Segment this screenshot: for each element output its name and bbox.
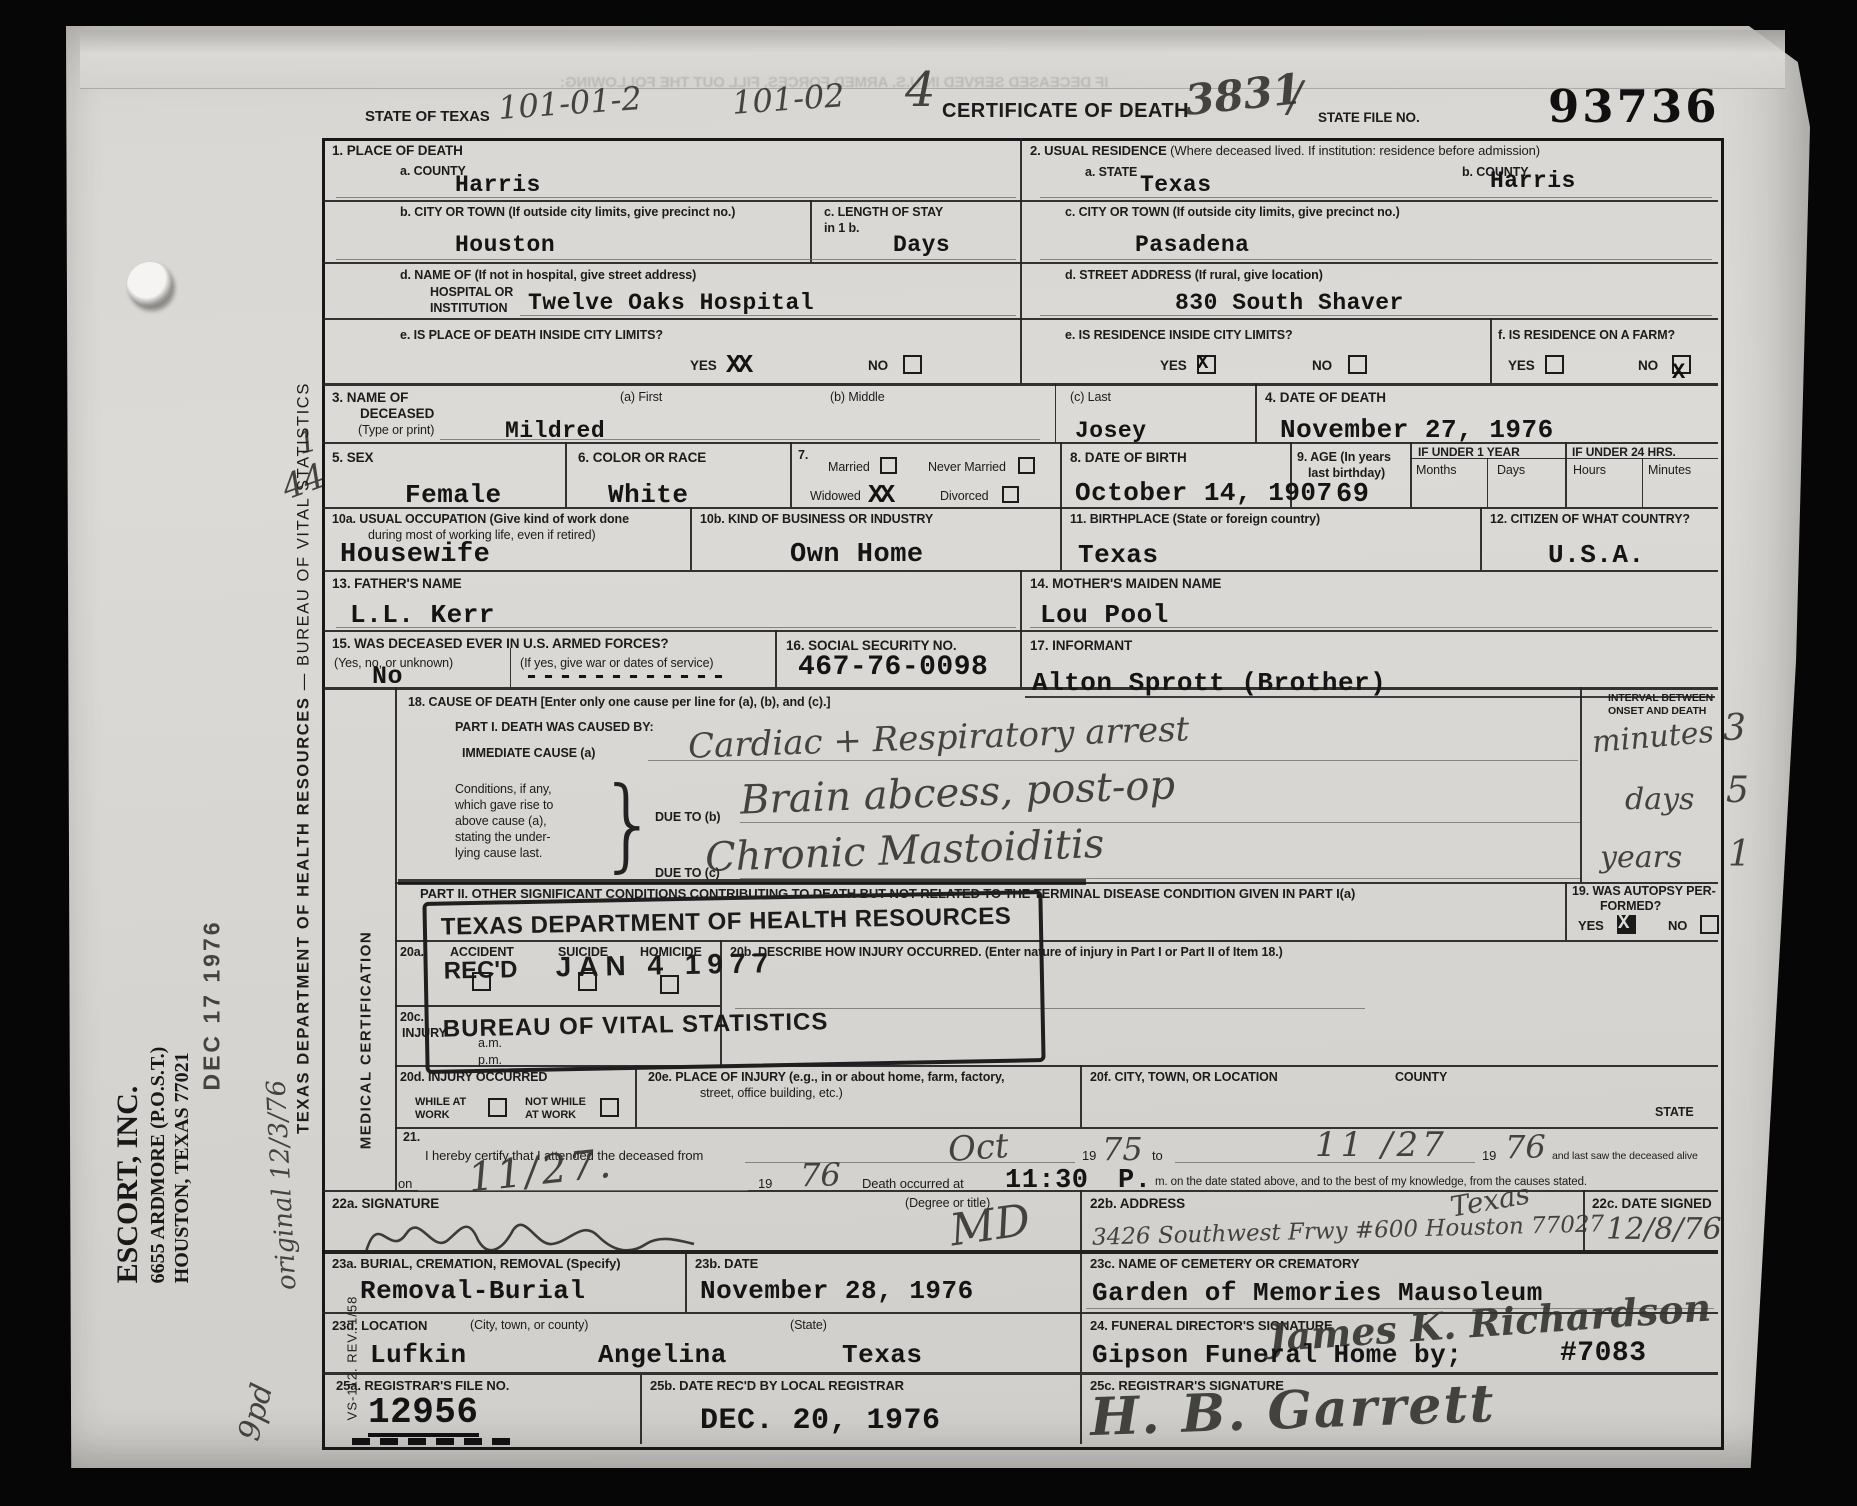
grid-line: [775, 630, 777, 687]
farm-no-label: NO: [1638, 358, 1658, 373]
escort-line3: HOUSTON, TEXAS 77021: [170, 1047, 194, 1284]
interval-b-value: 5: [1726, 770, 1749, 811]
year-19a: 19: [1082, 1148, 1096, 1163]
married-label: Married: [828, 460, 870, 474]
conditions-label5: lying cause last.: [455, 846, 542, 860]
occupation-value: Housewife: [340, 540, 490, 570]
burial-type-label: 23a. BURIAL, CREMATION, REMOVAL (Specify…: [332, 1256, 620, 1271]
write-line: [1040, 315, 1712, 316]
write-line: [1040, 259, 1712, 260]
age-value: 69: [1336, 480, 1369, 510]
time-of-injury-label: 20c.: [400, 1010, 424, 1024]
year-19b: 19: [1482, 1148, 1496, 1163]
due-to-b-label: DUE TO (b): [655, 810, 720, 824]
armed-forces-value: No: [372, 662, 403, 691]
armed-forces-label: 15. WAS DECEASED EVER IN U.S. ARMED FORC…: [332, 636, 669, 651]
interval-label1: INTERVAL BETWEEN: [1608, 692, 1713, 704]
ssn-value: 467-76-0098: [798, 652, 988, 683]
injury-occurred-label: 20d. INJURY OCCURRED: [400, 1070, 547, 1084]
write-line: [336, 627, 1016, 628]
registrar-date-label: 25b. DATE REC'D BY LOCAL REGISTRAR: [650, 1378, 904, 1393]
conditions-label2: which gave rise to: [455, 798, 553, 812]
autopsy-label2: FORMED?: [1600, 899, 1661, 913]
burial-date-value: November 28, 1976: [700, 1276, 974, 1306]
grid-line: [635, 1065, 637, 1127]
usual-residence-title-bold: 2. USUAL RESIDENCE: [1030, 143, 1167, 158]
hospital-name-label3: INSTITUTION: [430, 301, 507, 315]
minutes-label: Minutes: [1648, 463, 1691, 477]
conditions-label4: stating the under-: [455, 830, 550, 844]
farm-yes-label: YES: [1508, 358, 1535, 373]
if-under-1-year-label: IF UNDER 1 YEAR: [1418, 445, 1520, 459]
residence-limits-yes-mark: X: [1197, 352, 1208, 374]
department-vertical-rest: — BUREAU OF VITAL STATISTICS: [295, 382, 313, 696]
grid-line: [1080, 1375, 1082, 1444]
place-of-death-title: 1. PLACE OF DEATH: [332, 143, 463, 158]
county-value: Harris: [455, 172, 541, 198]
married-checkbox: [880, 457, 897, 474]
not-while-at-work-label1: NOT WHILE: [525, 1096, 586, 1108]
last-seen-year: 76: [800, 1156, 841, 1194]
grid-line: [690, 507, 692, 570]
birthplace-value: Texas: [1078, 540, 1159, 570]
conditions-brace: }: [598, 765, 659, 883]
mothers-maiden-name-label: 14. MOTHER'S MAIDEN NAME: [1030, 576, 1221, 591]
punch-hole: [127, 262, 173, 308]
grid-line: [1490, 318, 1492, 383]
business-label: 10b. KIND OF BUSINESS OR INDUSTRY: [700, 512, 933, 526]
write-line: [745, 1162, 1075, 1163]
months-label: Months: [1416, 463, 1456, 477]
usual-residence-title: 2. USUAL RESIDENCE (Where deceased lived…: [1030, 143, 1540, 158]
cause-of-death-label: 18. CAUSE OF DEATH [Enter only one cause…: [408, 695, 830, 709]
health-dept-received-stamp: TEXAS DEPARTMENT OF HEALTH RESOURCES REC…: [422, 890, 1045, 1074]
usual-residence-title-rest: (Where deceased lived. If institution: r…: [1167, 143, 1540, 158]
grid-line: [1080, 1065, 1082, 1127]
district-code-3: 4: [905, 62, 936, 118]
grid-line: [1410, 442, 1412, 507]
sex-label: 5. SEX: [332, 450, 373, 465]
mothers-maiden-name-value: Lou Pool: [1040, 600, 1169, 630]
grid-line: [1055, 383, 1056, 442]
state-of-texas-label: STATE OF TEXAS: [365, 108, 490, 125]
interval-a-value: 3: [1723, 708, 1746, 749]
ssn-label: 16. SOCIAL SECURITY NO.: [786, 638, 957, 653]
hospital-name-label2: HOSPITAL OR: [430, 285, 513, 299]
grid-line: [322, 507, 1718, 509]
length-of-stay-value: Days: [893, 232, 950, 258]
place-of-injury-label2: street, office building, etc.): [700, 1086, 843, 1100]
escort-line1: ESCORT, INC.: [110, 1047, 146, 1284]
grid-line: [510, 648, 511, 687]
not-while-at-work-label2: AT WORK: [525, 1109, 576, 1121]
autopsy-no-label: NO: [1668, 918, 1687, 933]
residence-state-value: Texas: [1140, 172, 1212, 198]
injury-city-label: 20f. CITY, TOWN, OR LOCATION: [1090, 1070, 1278, 1084]
if-under-24-hrs-label: IF UNDER 24 HRS.: [1572, 445, 1676, 459]
part1-label: PART I. DEATH WAS CAUSED BY:: [455, 720, 654, 734]
hospital-name-label: d. NAME OF (If not in hospital, give str…: [400, 268, 696, 282]
grid-line: [1060, 442, 1062, 507]
widowed-mark: XX: [868, 480, 891, 510]
attended-to-date: 11 /27: [1315, 1125, 1448, 1165]
attended-to-year: 76: [1505, 1128, 1546, 1166]
department-vertical-text: TEXAS DEPARTMENT OF HEALTH RESOURCES — B…: [295, 382, 314, 1134]
color-race-value: White: [608, 480, 689, 510]
residence-state-label: a. STATE: [1085, 165, 1137, 179]
residence-limits-no-label: NO: [1312, 358, 1332, 373]
residence-city-limits-label: e. IS RESIDENCE INSIDE CITY LIMITS?: [1065, 328, 1293, 342]
grid-line: [1080, 1312, 1082, 1372]
on-label: on: [398, 1176, 412, 1191]
write-line: [740, 878, 1580, 879]
grid-line: [322, 1372, 1718, 1375]
received-date-stamp: DEC 17 1976: [199, 919, 226, 1090]
department-vertical-bold: TEXAS DEPARTMENT OF HEALTH RESOURCES: [295, 696, 313, 1133]
occupation-label1: 10a. USUAL OCCUPATION (Give kind of work…: [332, 512, 629, 526]
business-value: Own Home: [790, 540, 924, 570]
birthplace-label: 11. BIRTHPLACE (State or foreign country…: [1070, 512, 1320, 526]
conditions-label3: above cause (a),: [455, 814, 547, 828]
interval-c-value: 1: [1728, 834, 1751, 875]
death-limits-no-checkbox: [903, 355, 922, 374]
residence-county-value: Harris: [1490, 168, 1576, 194]
hospital-value: Twelve Oaks Hospital: [528, 290, 814, 316]
city-or-town-label: b. CITY OR TOWN (If outside city limits,…: [400, 205, 735, 219]
informant-label: 17. INFORMANT: [1030, 638, 1132, 653]
length-of-stay-label2: in 1 b.: [824, 221, 859, 235]
fathers-name-label: 13. FATHER'S NAME: [332, 576, 462, 591]
funeral-home-number: #7083: [1560, 1338, 1647, 1369]
autopsy-yes-label: YES: [1578, 918, 1604, 933]
armed-forces-dashes: ------------: [524, 662, 728, 691]
grid-line: [565, 442, 567, 507]
days-label: Days: [1497, 463, 1525, 477]
grid-line: [1020, 630, 1022, 687]
stamp-line3: BUREAU OF VITAL STATISTICS: [443, 1008, 829, 1043]
death-time-value: 11:30: [1005, 1166, 1089, 1196]
age-label1: 9. AGE (In years: [1297, 450, 1391, 464]
residence-city-label: c. CITY OR TOWN (If outside city limits,…: [1065, 205, 1400, 219]
funeral-home-value: Gipson Funeral Home by;: [1092, 1340, 1462, 1370]
divorced-label: Divorced: [940, 489, 989, 503]
first-name-value: Mildred: [505, 418, 605, 444]
grid-line: [1080, 1254, 1082, 1312]
injury-county-label: COUNTY: [1395, 1070, 1447, 1084]
burial-type-value: Removal-Burial: [360, 1276, 585, 1306]
stamp-date: JAN 4 1977: [555, 947, 775, 983]
citizen-value: U.S.A.: [1548, 540, 1645, 570]
write-line: [1040, 197, 1712, 198]
residence-city-value: Pasadena: [1135, 232, 1249, 258]
grid-line: [1580, 687, 1582, 882]
interval-label2: ONSET AND DEATH: [1608, 705, 1706, 717]
while-at-work-checkbox: [488, 1098, 507, 1117]
last-name-value: Josey: [1075, 418, 1147, 444]
date-of-birth-value: October 14, 1907: [1075, 478, 1333, 508]
physician-signature: [360, 1200, 700, 1264]
write-line: [520, 315, 1016, 316]
immediate-cause-label: IMMEDIATE CAUSE (a): [462, 746, 595, 760]
date-signed-value: 12/8/76: [1606, 1212, 1722, 1247]
while-at-work-label1: WHILE AT: [415, 1096, 466, 1108]
grid-line: [1020, 138, 1022, 383]
street-address-label: d. STREET ADDRESS (If rural, give locati…: [1065, 268, 1323, 282]
cutoff-number-fragment: [352, 1438, 512, 1445]
registrar-file-label: 25a. REGISTRAR'S FILE NO.: [336, 1378, 509, 1393]
name-of-deceased-label2: DECEASED: [360, 406, 434, 421]
burial-date-label: 23b. DATE: [695, 1256, 758, 1271]
write-line: [740, 822, 1580, 823]
burial-state-value: Texas: [842, 1340, 923, 1370]
fathers-name-value: L.L. Kerr: [350, 600, 495, 630]
citizen-label: 12. CITIZEN OF WHAT COUNTRY?: [1490, 512, 1690, 526]
certify-section-label: 21.: [403, 1130, 420, 1144]
certify-text2: and last saw the deceased alive: [1552, 1150, 1698, 1162]
attended-from-month: Oct: [947, 1126, 1010, 1170]
not-while-at-work-checkbox: [600, 1098, 619, 1117]
middle-name-label: (b) Middle: [830, 390, 885, 404]
never-married-checkbox: [1018, 457, 1035, 474]
informant-value: Alton Sprott (Brother): [1032, 668, 1386, 698]
accident-section-label: 20a.: [400, 945, 424, 959]
grid-line: [810, 200, 812, 262]
while-at-work-label2: WORK: [415, 1109, 449, 1121]
write-line: [648, 760, 1578, 761]
registrar-file-value: 12956: [368, 1392, 479, 1437]
grid-line: [1060, 507, 1062, 570]
street-address-value: 830 South Shaver: [1175, 290, 1404, 316]
death-certificate-photo: { "bleed": {"text": "IF DECEASED SERVED …: [0, 0, 1857, 1506]
sex-value: Female: [405, 480, 502, 510]
grid-line: [1480, 507, 1482, 570]
burial-location-sub1: (City, town, or county): [470, 1318, 588, 1332]
marital-status-label: 7.: [798, 448, 808, 462]
interval-c-unit: years: [1600, 840, 1682, 875]
grid-line: [1487, 458, 1488, 507]
farm-yes-checkbox: [1545, 355, 1564, 374]
death-city-limits-label: e. IS PLACE OF DEATH INSIDE CITY LIMITS?: [400, 328, 663, 342]
file-number-slash: /: [1288, 72, 1302, 121]
autopsy-yes-mark: X: [1618, 912, 1629, 934]
death-limits-yes-mark: XX: [726, 350, 749, 380]
cemetery-label: 23c. NAME OF CEMETERY OR CREMATORY: [1090, 1256, 1359, 1271]
grid-line: [640, 1375, 642, 1444]
burial-county-value: Angelina: [598, 1340, 727, 1370]
grid-line: [1565, 442, 1567, 507]
last-name-label: (c) Last: [1070, 390, 1111, 404]
escort-inc-stamp: ESCORT, INC. 6655 ARDMORE (P.O.S.T.) HOU…: [110, 1047, 194, 1284]
attended-from-year: 75: [1102, 1130, 1143, 1168]
name-of-deceased-label3: (Type or print): [358, 423, 434, 437]
grid-line: [1080, 1190, 1082, 1250]
age-label2: last birthday): [1308, 466, 1385, 480]
escort-line2: 6655 ARDMORE (P.O.S.T.): [146, 1047, 170, 1284]
color-race-label: 6. COLOR OR RACE: [578, 450, 706, 465]
write-line: [418, 1190, 748, 1191]
grid-line: [790, 442, 792, 507]
registrar-date-value: DEC. 20, 1976: [700, 1404, 941, 1438]
place-of-injury-label1: 20e. PLACE OF INJURY (e.g., in or about …: [648, 1070, 1004, 1084]
name-of-deceased-label1: 3. NAME OF: [332, 390, 408, 405]
grid-line: [1642, 458, 1643, 507]
to-label: to: [1152, 1148, 1163, 1163]
length-of-stay-label: c. LENGTH OF STAY: [824, 205, 943, 219]
write-line: [336, 259, 1016, 260]
farm-no-mark: X: [1672, 360, 1685, 385]
death-ampm-value: P.: [1118, 1166, 1151, 1196]
hours-label: Hours: [1573, 463, 1606, 477]
conditions-label1: Conditions, if any,: [455, 782, 552, 796]
burial-location-sub2: (State): [790, 1318, 827, 1332]
grid-line: [395, 687, 397, 1190]
death-limits-yes-label: YES: [690, 358, 717, 373]
death-limits-no-label: NO: [868, 358, 888, 373]
first-name-label: (a) First: [620, 390, 662, 404]
grid-line: [1255, 383, 1257, 442]
farm-label: f. IS RESIDENCE ON A FARM?: [1498, 328, 1675, 342]
stamped-certificate-number: 93736: [1548, 80, 1720, 133]
stamp-line1: TEXAS DEPARTMENT OF HEALTH RESOURCES: [441, 903, 1012, 942]
date-of-death-value: November 27, 1976: [1280, 415, 1554, 445]
autopsy-no-checkbox: [1700, 915, 1719, 934]
district-code-2: 101-02: [731, 76, 846, 122]
burial-city-value: Lufkin: [370, 1340, 467, 1370]
never-married-label: Never Married: [928, 460, 1006, 474]
grid-line: [322, 383, 1718, 386]
injury-state-label: STATE: [1655, 1105, 1694, 1119]
write-line: [1030, 627, 1712, 628]
interval-b-unit: days: [1625, 782, 1694, 817]
autopsy-label1: 19. WAS AUTOPSY PER-: [1572, 884, 1716, 898]
date-signed-label: 22c. DATE SIGNED: [1592, 1196, 1712, 1211]
grid-line: [1020, 570, 1022, 630]
address-label: 22b. ADDRESS: [1090, 1196, 1185, 1211]
certificate-title: CERTIFICATE OF DEATH: [942, 100, 1189, 123]
date-of-death-label: 4. DATE OF DEATH: [1265, 390, 1386, 405]
burial-location-label: 23d. LOCATION: [332, 1318, 427, 1333]
city-value: Houston: [455, 232, 555, 258]
state-file-no-label: STATE FILE NO.: [1318, 110, 1420, 125]
residence-limits-no-checkbox: [1348, 355, 1367, 374]
date-of-birth-label: 8. DATE OF BIRTH: [1070, 450, 1187, 465]
stamp-recd: REC'D: [443, 956, 517, 985]
year-19c: 19: [758, 1176, 772, 1191]
death-occurred-label: Death occurred at: [862, 1176, 964, 1191]
grid-line: [1565, 882, 1567, 940]
write-line: [440, 439, 1040, 440]
widowed-label: Widowed: [810, 489, 861, 503]
part2-ink-smear: [398, 879, 1086, 885]
write-line: [336, 197, 1016, 198]
divorced-checkbox: [1002, 486, 1019, 503]
residence-limits-yes-label: YES: [1160, 358, 1187, 373]
